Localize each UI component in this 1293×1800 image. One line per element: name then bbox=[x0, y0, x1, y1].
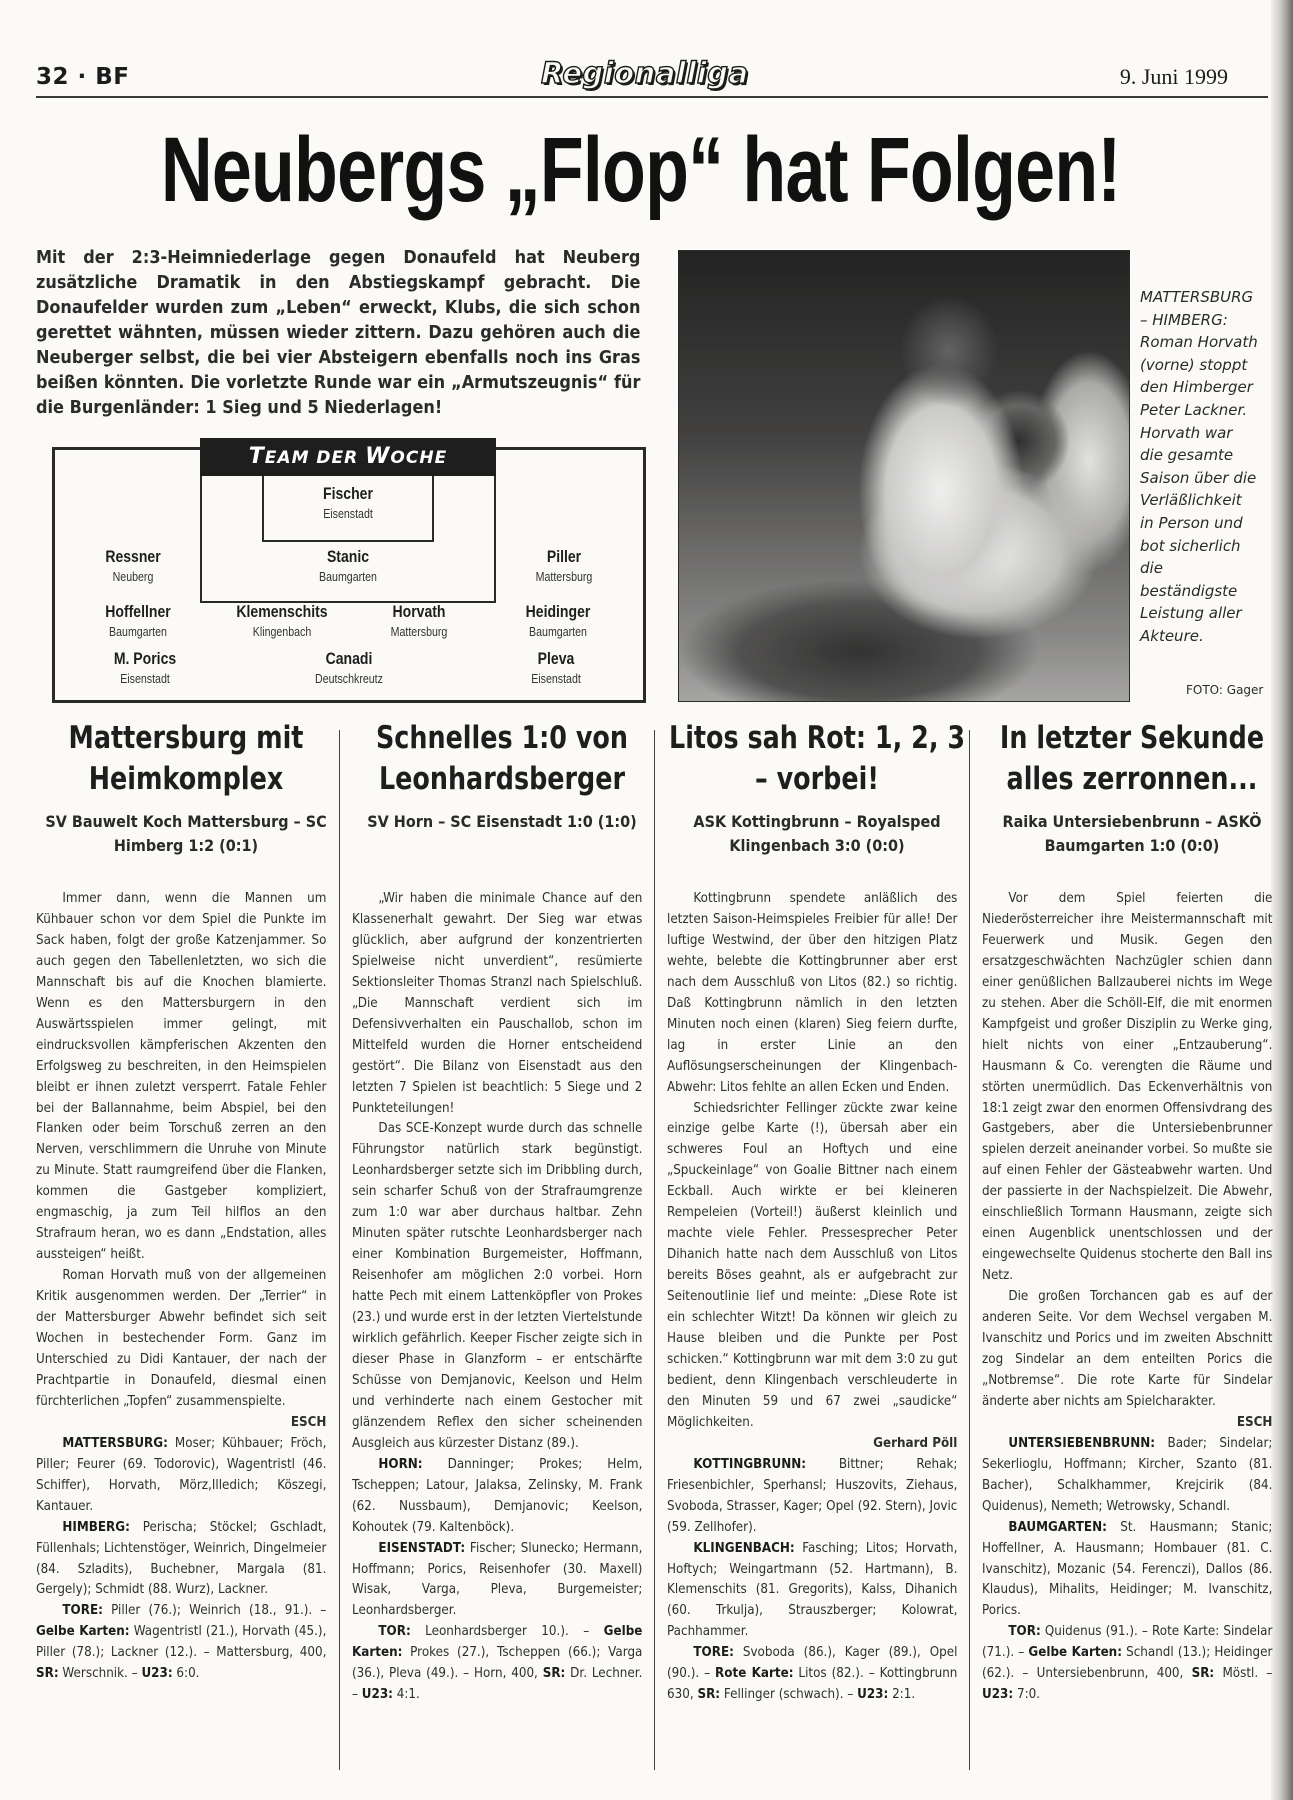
team-of-week-title: TEAM DER WOCHE bbox=[200, 438, 496, 476]
match-stats: TOR: Leonhardsberger 10.). – Gelbe Karte… bbox=[352, 1621, 642, 1705]
match-result: SV Horn – SC Eisenstadt 1:0 (1:0) bbox=[352, 810, 653, 834]
article-mattersburg: Mattersburg mit Heimkomplex SV Bauwelt K… bbox=[36, 718, 336, 858]
article-untersiebenbrunn: In letzter Sekunde alles zerronnen... Ra… bbox=[982, 718, 1282, 858]
lineup: HORN: Danninger; Prokes; Helm, Tscheppen… bbox=[352, 1454, 642, 1538]
article-body: Immer dann, wenn die Mannen um Kühbauer … bbox=[36, 888, 326, 1684]
match-result: Raika Untersiebenbrunn – ASKÖ Baumgarten… bbox=[982, 810, 1283, 858]
match-result: ASK Kottingbrunn – Royalsped Klingenbach… bbox=[667, 810, 968, 858]
match-stats: TORE: Piller (76.); Weinrich (18., 91.).… bbox=[36, 1600, 326, 1684]
byline: ESCH bbox=[36, 1412, 326, 1433]
section-title: Regionalliga bbox=[541, 56, 749, 90]
team-player: Heidinger Baumgarten bbox=[483, 603, 633, 639]
column-divider bbox=[339, 730, 340, 1770]
team-player: Canadi Deutschkreutz bbox=[274, 650, 424, 686]
match-stats: TORE: Svoboda (86.), Kager (89.), Opel (… bbox=[667, 1642, 957, 1705]
article-kottingbrunn: Litos sah Rot: 1, 2, 3 – vorbei! ASK Kot… bbox=[667, 718, 967, 858]
team-player: Ressner Neuberg bbox=[58, 548, 208, 584]
lineup: HIMBERG: Perischa; Stöckel; Gschladt, Fü… bbox=[36, 1517, 326, 1601]
page-header: 32 · BF Regionalliga 9. Juni 1999 bbox=[36, 58, 1266, 98]
team-player: Horvath Mattersburg bbox=[344, 603, 494, 639]
lineup: EISENSTADT: Fischer; Slunecko; Hermann, … bbox=[352, 1538, 642, 1622]
team-player: Piller Mattersburg bbox=[489, 548, 639, 584]
byline: ESCH bbox=[982, 1412, 1272, 1433]
article-body: Kottingbrunn spendete anläßlich des letz… bbox=[667, 888, 957, 1705]
match-photo bbox=[678, 250, 1130, 702]
column-divider bbox=[969, 730, 970, 1770]
lineup: UNTERSIEBENBRUNN: Bader; Sindelar; Seker… bbox=[982, 1433, 1272, 1517]
column-divider bbox=[654, 730, 655, 1770]
article-body: Vor dem Spiel feierten die Niederösterre… bbox=[982, 888, 1272, 1705]
article-title: In letzter Sekunde alles zerronnen... bbox=[980, 718, 1283, 800]
article-title: Litos sah Rot: 1, 2, 3 – vorbei! bbox=[665, 718, 968, 800]
issue-date: 9. Juni 1999 bbox=[1120, 64, 1228, 90]
match-result: SV Bauwelt Koch Mattersburg – SC Himberg… bbox=[36, 810, 337, 858]
lineup: MATTERSBURG: Moser; Kühbauer; Fröch, Pil… bbox=[36, 1433, 326, 1517]
article-body: „Wir haben die minimale Chance auf den K… bbox=[352, 888, 642, 1705]
photo-credit: FOTO: Gager bbox=[1186, 683, 1263, 697]
team-player: Klemenschits Klingenbach bbox=[207, 603, 357, 639]
team-player: Pleva Eisenstadt bbox=[481, 650, 631, 686]
page-headline: Neubergs „Flop“ hat Folgen! bbox=[136, 118, 1145, 223]
team-player: Stanic Baumgarten bbox=[273, 548, 423, 584]
page-spine-shadow bbox=[1271, 0, 1293, 1800]
page-number: 32 · BF bbox=[36, 64, 130, 90]
header-rule bbox=[36, 96, 1268, 98]
lead-paragraph: Mit der 2:3-Heimniederlage gegen Donaufe… bbox=[36, 246, 640, 421]
article-horn: Schnelles 1:0 von Leonhardsberger SV Hor… bbox=[352, 718, 652, 834]
article-title: Schnelles 1:0 von Leonhardsberger bbox=[350, 718, 653, 800]
photo-caption: MATTERSBURG – HIMBERG: Roman Horvath (vo… bbox=[1140, 286, 1260, 648]
article-title: Mattersburg mit Heimkomplex bbox=[34, 718, 337, 800]
match-stats: TOR: Quidenus (91.). – Rote Karte: Sinde… bbox=[982, 1621, 1272, 1705]
lineup: KOTTINGBRUNN: Bittner; Rehak; Friesenbic… bbox=[667, 1454, 957, 1538]
team-player-goalkeeper: Fischer Eisenstadt bbox=[273, 485, 423, 521]
byline: Gerhard Pöll bbox=[667, 1433, 957, 1454]
team-player: M. Porics Eisenstadt bbox=[70, 650, 220, 686]
lineup: BAUMGARTEN: St. Hausmann; Stanic; Hoffel… bbox=[982, 1517, 1272, 1622]
team-player: Hoffellner Baumgarten bbox=[63, 603, 213, 639]
lineup: KLINGENBACH: Fasching; Litos; Horvath, H… bbox=[667, 1538, 957, 1643]
